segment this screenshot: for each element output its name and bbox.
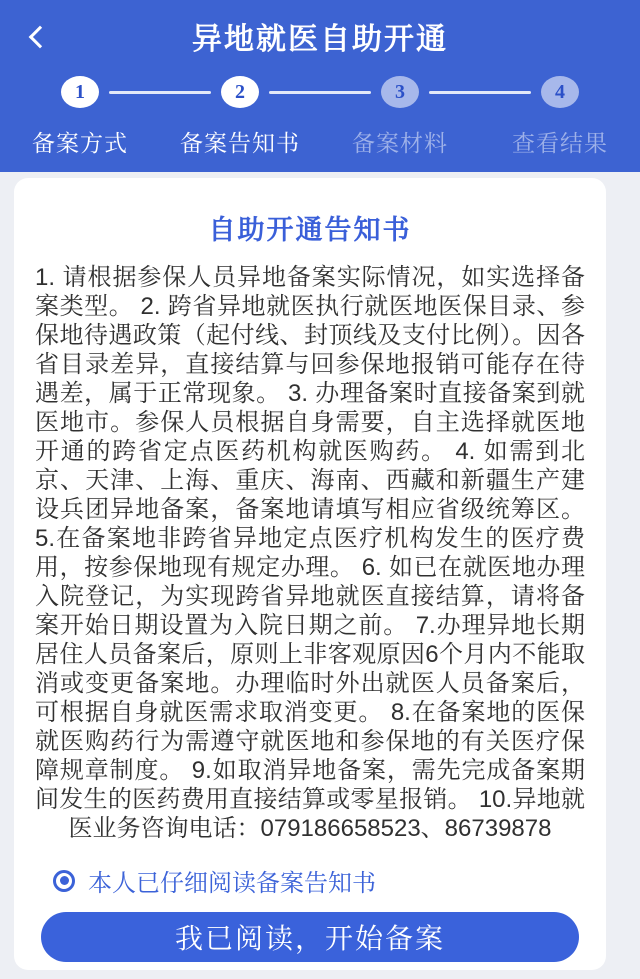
step-2-circle: 2 <box>221 76 259 108</box>
step-1-circle: 1 <box>61 76 99 108</box>
step-3-circle: 3 <box>381 76 419 108</box>
step-2-label: 备案告知书 <box>160 125 320 158</box>
step-connector-2 <box>269 91 371 94</box>
stepper-labels: 备案方式 备案告知书 备案材料 查看结果 <box>0 125 640 158</box>
stepper-circles: 1 2 3 4 <box>0 76 640 108</box>
agreement-radio-dot <box>60 876 69 885</box>
progress-stepper: 1 2 3 4 备案方式 备案告知书 备案材料 查看结果 <box>0 62 640 158</box>
step-1-label: 备案方式 <box>0 125 160 158</box>
back-icon[interactable] <box>24 22 54 52</box>
agreement-radio[interactable] <box>53 870 75 892</box>
agreement-label: 本人已仔细阅读备案告知书 <box>88 863 376 898</box>
notice-body-text: 1. 请根据参保人员异地备案实际情况，如实选择备案类型。 2. 跨省异地就医执行… <box>35 263 585 843</box>
app-header: 异地就医自助开通 1 2 3 4 备案方式 备案告知书 备案材料 查看结果 <box>0 0 640 172</box>
step-3-label: 备案材料 <box>320 125 480 158</box>
page-title: 异地就医自助开通 <box>192 14 448 58</box>
step-4-label: 查看结果 <box>480 125 640 158</box>
step-connector-3 <box>429 91 531 94</box>
notice-title: 自助开通告知书 <box>35 208 585 247</box>
title-bar: 异地就医自助开通 <box>0 0 640 62</box>
step-connector-1 <box>109 91 211 94</box>
agreement-row[interactable]: 本人已仔细阅读备案告知书 <box>53 863 376 898</box>
step-4-circle: 4 <box>541 76 579 108</box>
start-filing-button[interactable]: 我已阅读，开始备案 <box>41 912 579 962</box>
notice-card: 自助开通告知书 1. 请根据参保人员异地备案实际情况，如实选择备案类型。 2. … <box>14 178 606 970</box>
